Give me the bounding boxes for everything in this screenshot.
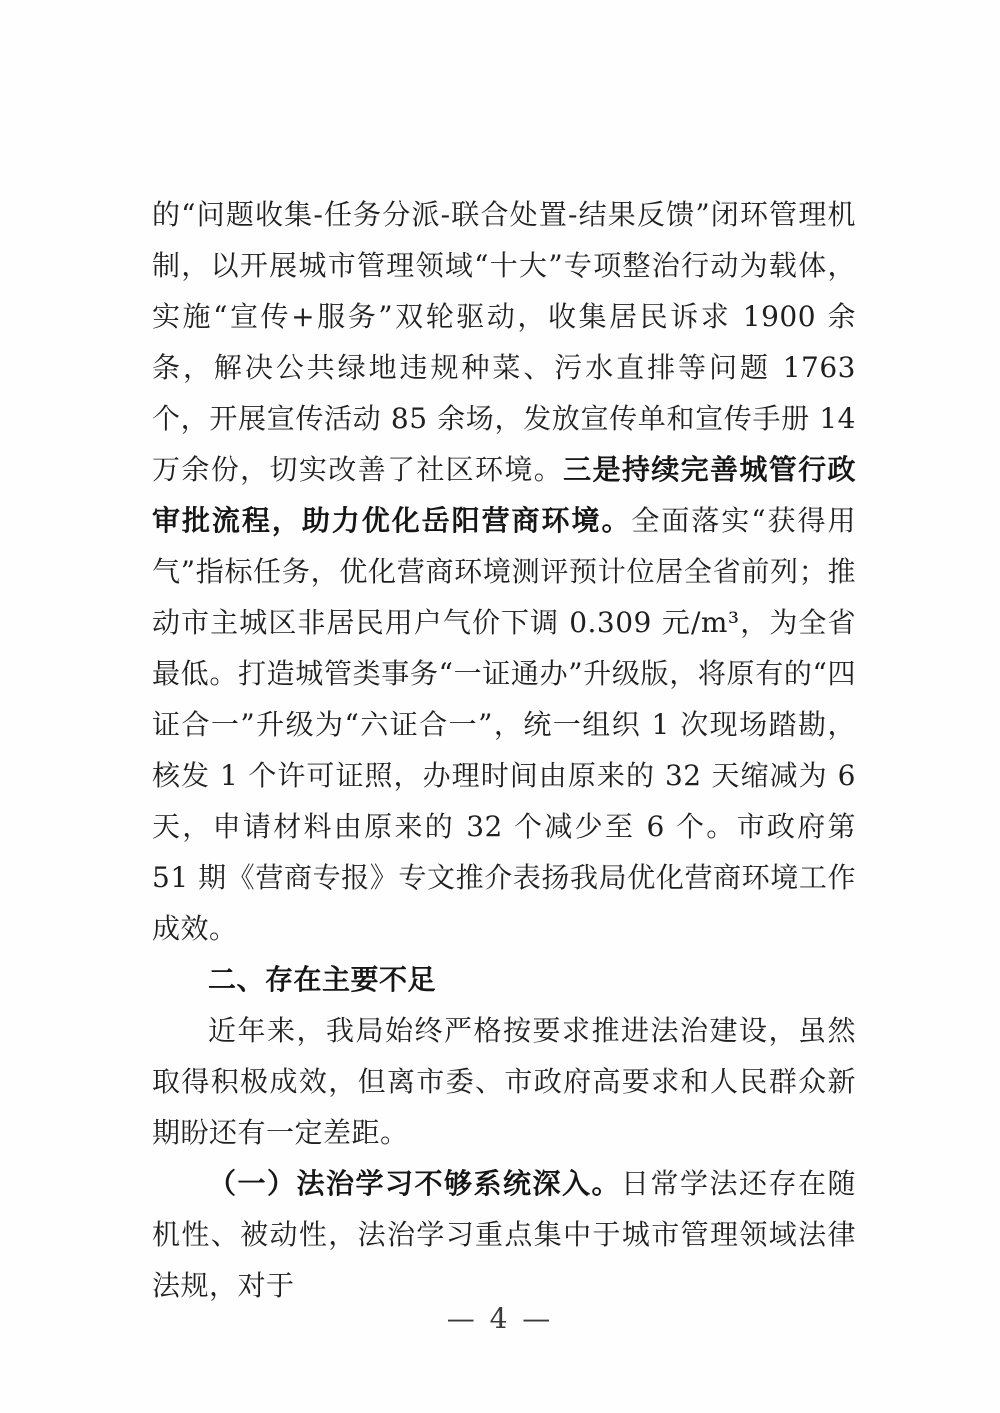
text-segment: 的“问题收集-任务分派-联合处置-结果反馈”闭环管理机制，以开展城市管理领域“十… [152, 198, 856, 486]
paragraph: 近年来，我局始终严格按要求推进法治建设，虽然取得积极成效，但离市委、市政府高要求… [152, 1005, 856, 1158]
bold-text-segment: （一）法治学习不够系统深入。 [208, 1167, 621, 1200]
section-heading: 二、存在主要不足 [152, 954, 856, 1005]
paragraph: （一）法治学习不够系统深入。日常学法还存在随机性、被动性，法治学习重点集中于城市… [152, 1158, 856, 1311]
paragraph: 的“问题收集-任务分派-联合处置-结果反馈”闭环管理机制，以开展城市管理领域“十… [152, 189, 856, 954]
text-segment: 近年来，我局始终严格按要求推进法治建设，虽然取得积极成效，但离市委、市政府高要求… [152, 1014, 856, 1149]
text-segment: 全面落实“获得用气”指标任务，优化营商环境测评预计位居全省前列；推动市主城区非居… [152, 504, 856, 945]
page-number: — 4 — [0, 1299, 1000, 1339]
bold-text-segment: 二、存在主要不足 [208, 963, 436, 996]
document-page: 的“问题收集-任务分派-联合处置-结果反馈”闭环管理机制，以开展城市管理领域“十… [0, 0, 1000, 1413]
document-body: 的“问题收集-任务分派-联合处置-结果反馈”闭环管理机制，以开展城市管理领域“十… [152, 189, 856, 1311]
